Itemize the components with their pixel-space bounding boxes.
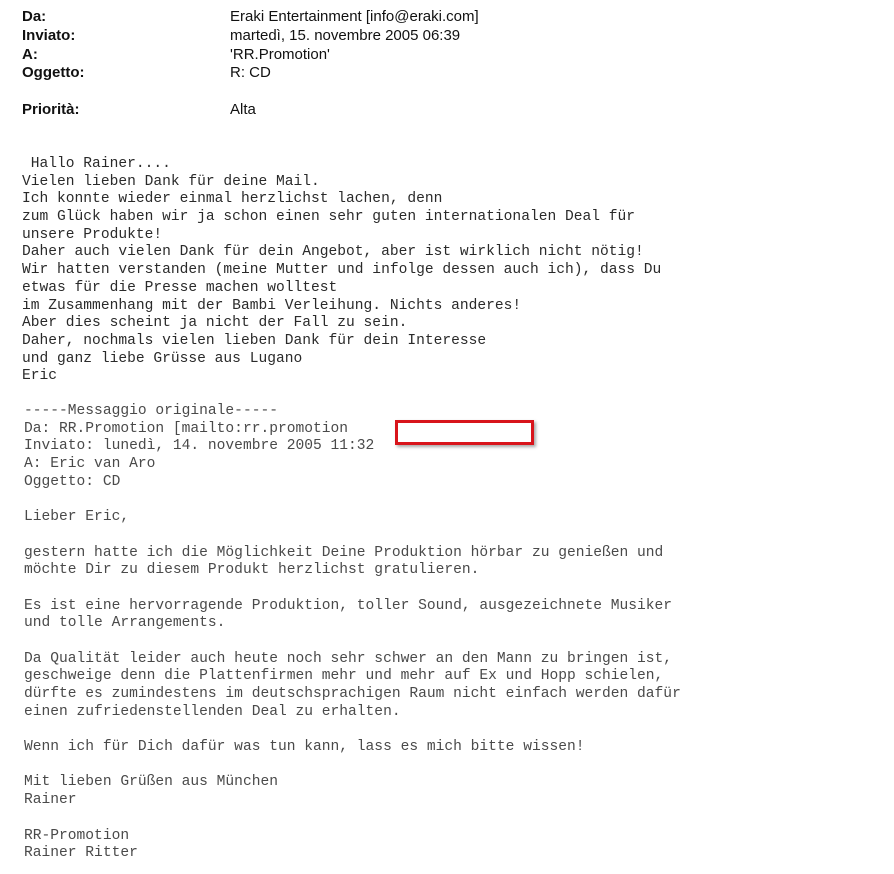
- quoted-line: RR-Promotion: [24, 828, 681, 846]
- body-line: zum Glück haben wir ja schon einen sehr …: [22, 209, 661, 227]
- quoted-line: Da: RR.Promotion [mailto:rr.promotion: [24, 421, 681, 439]
- quoted-line: Wenn ich für Dich dafür was tun kann, la…: [24, 739, 681, 757]
- body-line: und ganz liebe Grüsse aus Lugano: [22, 351, 661, 369]
- quoted-line: einen zufriedenstellenden Deal zu erhalt…: [24, 704, 681, 722]
- body-line: Daher auch vielen Dank für dein Angebot,…: [22, 244, 661, 262]
- quoted-line: [24, 721, 681, 739]
- sent-label: Inviato:: [22, 27, 75, 45]
- body-line: Ich konnte wieder einmal herzlichst lach…: [22, 191, 661, 209]
- priority-value: Alta: [230, 101, 256, 119]
- quoted-line: Lieber Eric,: [24, 509, 681, 527]
- from-label: Da:: [22, 8, 46, 26]
- body-line: im Zusammenhang mit der Bambi Verleihung…: [22, 298, 661, 316]
- quoted-line: gestern hatte ich die Möglichkeit Deine …: [24, 545, 681, 563]
- quoted-line: Oggetto: CD: [24, 474, 681, 492]
- body-line: Daher, nochmals vielen lieben Dank für d…: [22, 333, 661, 351]
- subject-value: R: CD: [230, 64, 271, 82]
- body-line: Aber dies scheint ja nicht der Fall zu s…: [22, 315, 661, 333]
- quoted-line: Rainer: [24, 792, 681, 810]
- quoted-line: geschweige denn die Plattenfirmen mehr u…: [24, 668, 681, 686]
- quoted-line: und tolle Arrangements.: [24, 615, 681, 633]
- body-line: unsere Produkte!: [22, 227, 661, 245]
- priority-label: Priorità:: [22, 101, 80, 119]
- from-value: Eraki Entertainment [info@eraki.com]: [230, 8, 479, 26]
- quoted-line: [24, 633, 681, 651]
- subject-label: Oggetto:: [22, 64, 84, 82]
- quoted-line: -----Messaggio originale-----: [24, 403, 681, 421]
- to-label: A:: [22, 46, 38, 64]
- quoted-line: [24, 810, 681, 828]
- quoted-line: [24, 757, 681, 775]
- quoted-line: [24, 491, 681, 509]
- quoted-line: Inviato: lunedì, 14. novembre 2005 11:32: [24, 438, 681, 456]
- body-line: Vielen lieben Dank für deine Mail.: [22, 174, 661, 192]
- redaction-box: [395, 420, 534, 445]
- to-value: 'RR.Promotion': [230, 46, 330, 64]
- quoted-line: Da Qualität leider auch heute noch sehr …: [24, 651, 681, 669]
- sent-value: martedì, 15. novembre 2005 06:39: [230, 27, 460, 45]
- body-line: Wir hatten verstanden (meine Mutter und …: [22, 262, 661, 280]
- reply-body: Hallo Rainer....Vielen lieben Dank für d…: [22, 156, 661, 386]
- quoted-line: [24, 580, 681, 598]
- quoted-line: Mit lieben Grüßen aus München: [24, 774, 681, 792]
- quoted-line: [24, 527, 681, 545]
- quoted-line: A: Eric van Aro: [24, 456, 681, 474]
- quoted-line: möchte Dir zu diesem Produkt herzlichst …: [24, 562, 681, 580]
- body-line: Eric: [22, 368, 661, 386]
- quoted-line: dürfte es zumindestens im deutschsprachi…: [24, 686, 681, 704]
- quoted-line: Es ist eine hervorragende Produktion, to…: [24, 598, 681, 616]
- body-line: etwas für die Presse machen wolltest: [22, 280, 661, 298]
- original-message-body: -----Messaggio originale-----Da: RR.Prom…: [24, 403, 681, 863]
- body-line: Hallo Rainer....: [22, 156, 661, 174]
- quoted-line: Rainer Ritter: [24, 845, 681, 863]
